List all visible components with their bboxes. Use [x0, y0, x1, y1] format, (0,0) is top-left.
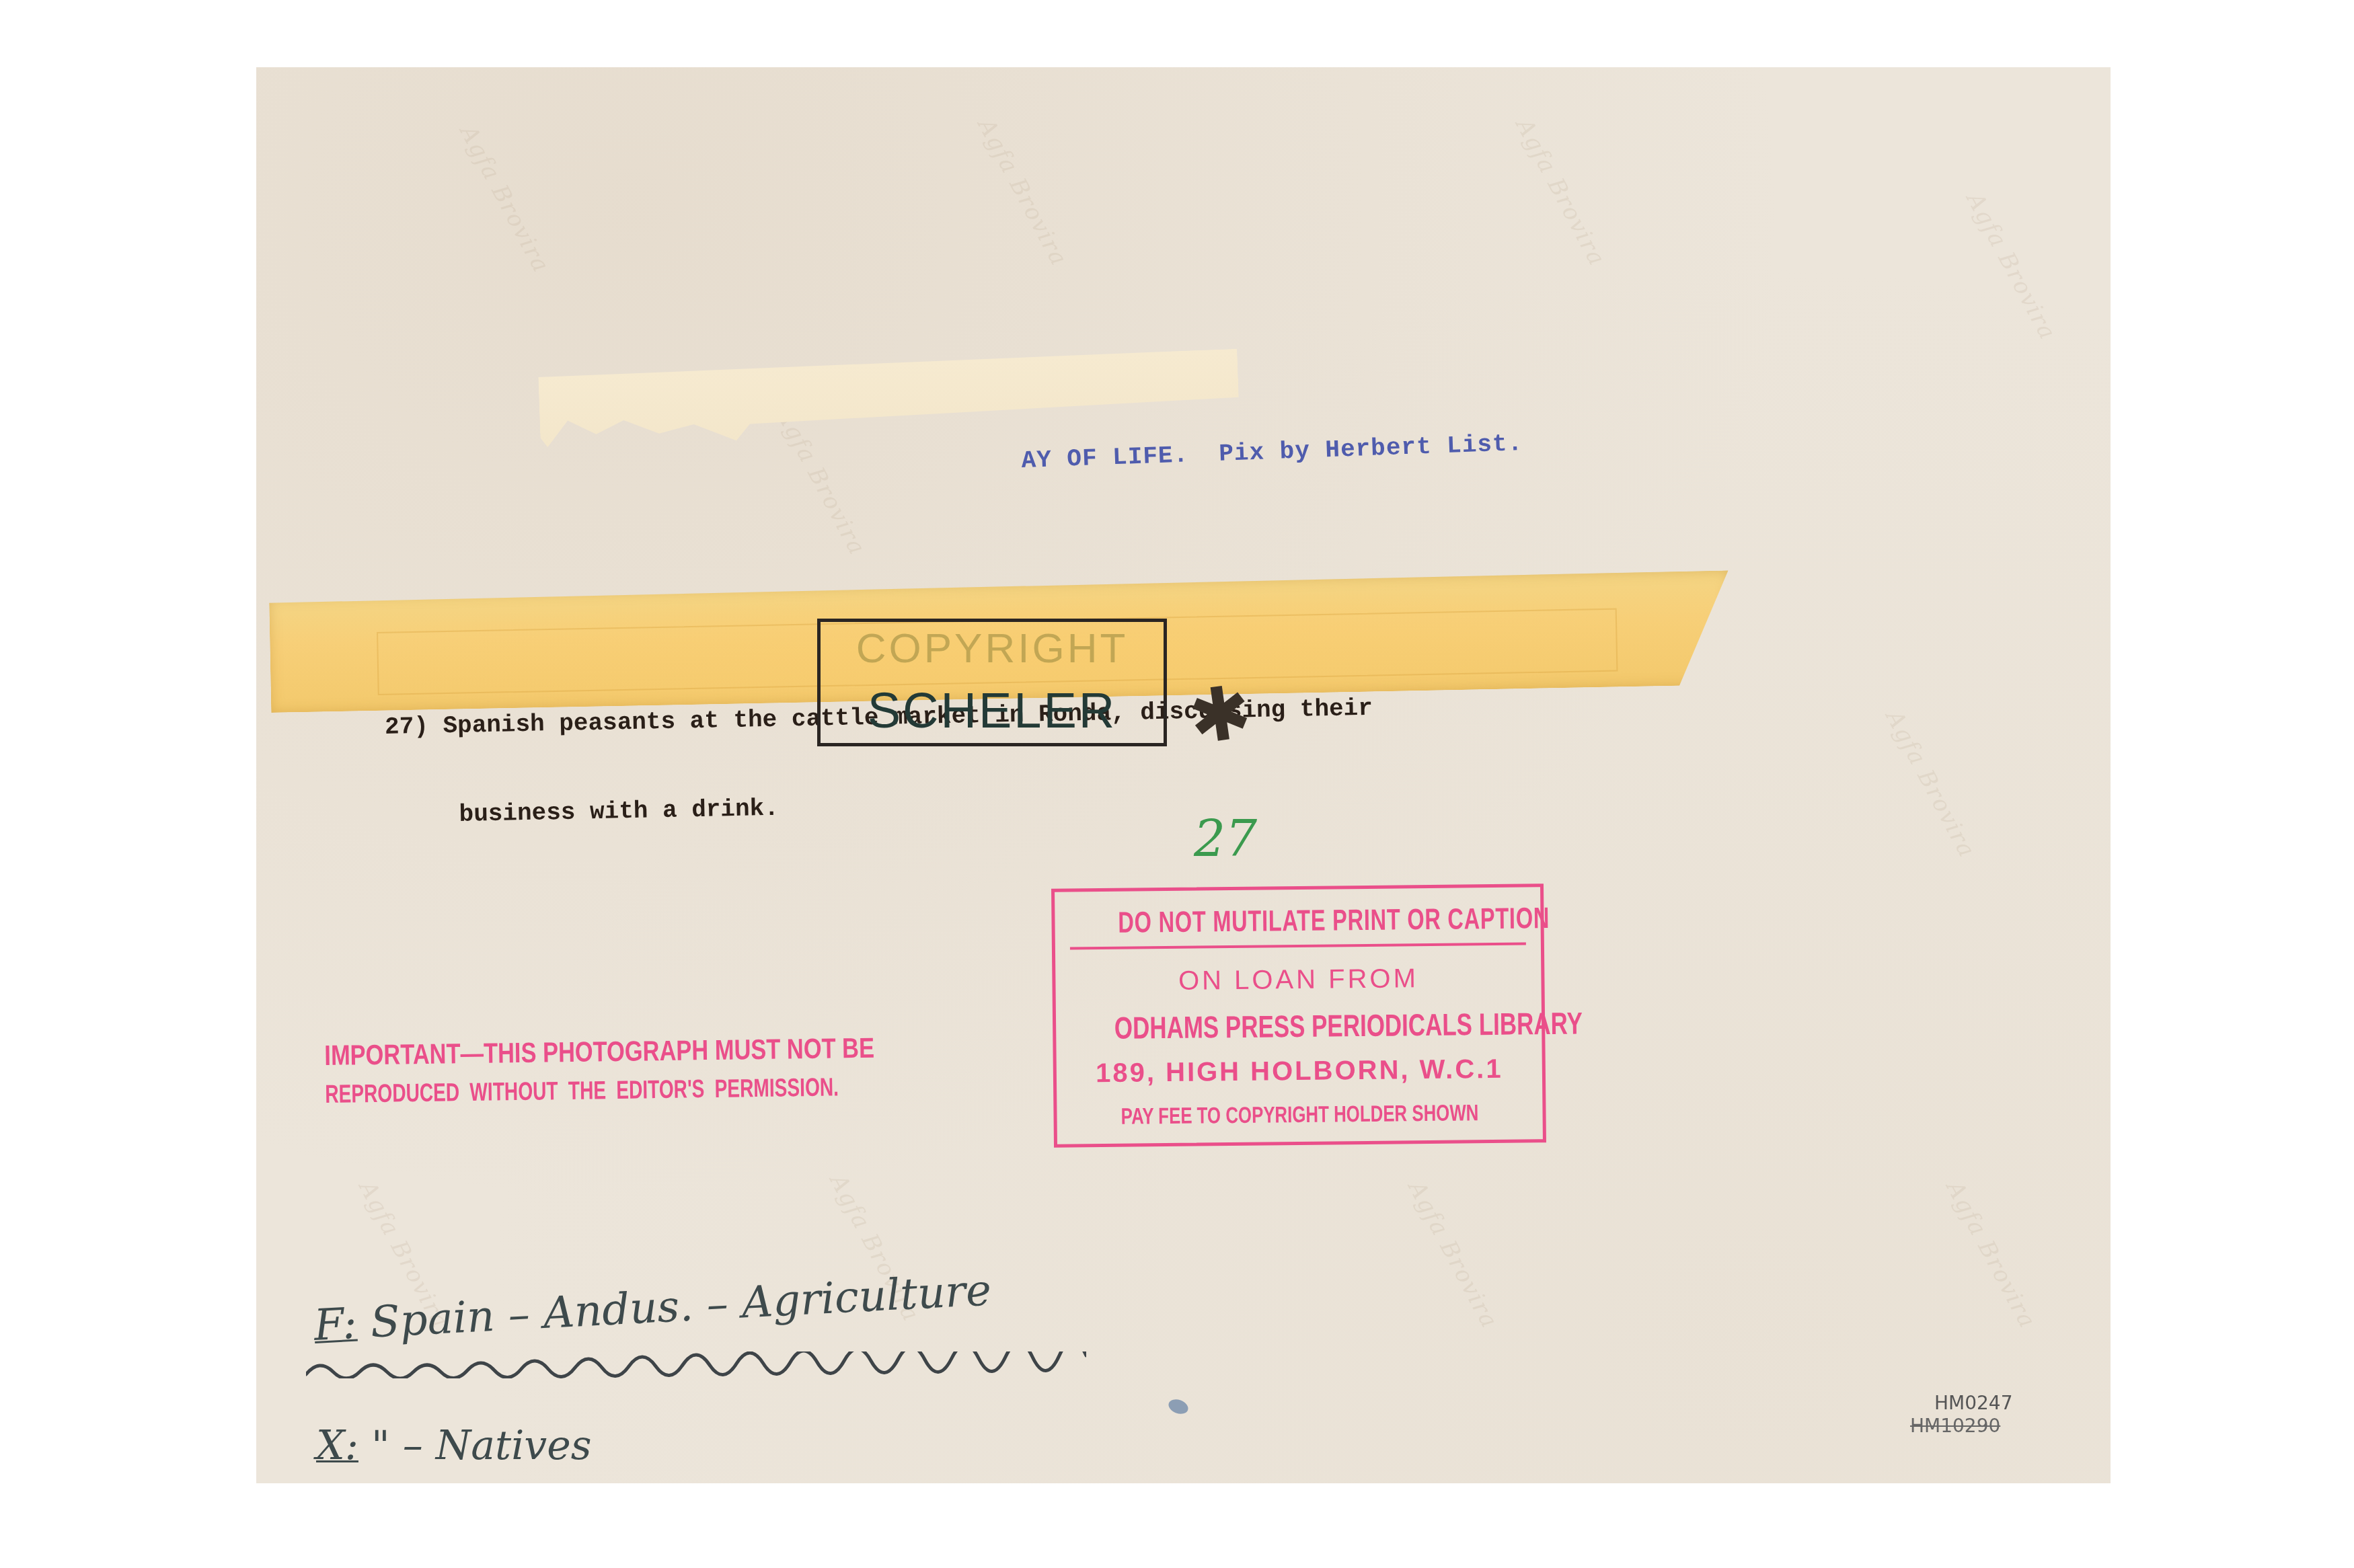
watermark: Agfa Brovira [973, 114, 1073, 271]
watermark: Agfa Brovira [771, 403, 871, 560]
catalog-number-current: HM0247 [1910, 1392, 2012, 1415]
green-pencil-number: 27 [1194, 810, 1257, 868]
catalog-numbers: HM0247 HM10290 [1910, 1392, 2012, 1438]
watermark: Agfa Brovira [1941, 1177, 2041, 1333]
asterisk-icon: ✱ [1184, 674, 1256, 756]
watermark: Agfa Brovira [1511, 114, 1611, 271]
watermark: Agfa Brovira [1403, 1177, 1503, 1333]
handwritten-natives-line: X: " – Natives [316, 1422, 592, 1469]
loan-stamp-on-loan: ON LOAN FROM [1055, 962, 1541, 998]
copyright-stamp: COPYRIGHT SCHELER [817, 619, 1167, 746]
loan-stamp: DO NOT MUTILATE PRINT OR CAPTION ON LOAN… [1051, 884, 1546, 1148]
loan-stamp-fee: PAY FEE TO COPYRIGHT HOLDER SHOWN [1115, 1100, 1484, 1130]
watermark: Agfa Brovira [1881, 706, 1981, 863]
loan-stamp-library: ODHAMS PRESS PERIODICALS LIBRARY [1114, 1006, 1484, 1046]
copyright-holder: SCHELER [821, 682, 1164, 739]
loan-stamp-rule [1070, 942, 1526, 949]
handwritten-natives-text: " – Natives [358, 1422, 592, 1469]
important-stamp: IMPORTANT—THIS PHOTOGRAPH MUST NOT BE RE… [324, 1026, 1020, 1113]
loan-stamp-warning: DO NOT MUTILATE PRINT OR CAPTION [1118, 902, 1478, 940]
loan-stamp-address: 189, HIGH HOLBORN, W.C.1 [1057, 1054, 1542, 1089]
handwritten-label-f: F: [313, 1299, 358, 1351]
handwritten-label-x: X: [316, 1422, 358, 1469]
important-stamp-line-2: REPRODUCED WITHOUT THE EDITOR'S PERMISSI… [325, 1068, 839, 1113]
watermark: Agfa Brovira [455, 121, 555, 278]
catalog-number-old: HM10290 [1910, 1415, 2012, 1438]
copyright-stamp-label: COPYRIGHT [821, 625, 1164, 672]
watermark: Agfa Brovira [1961, 188, 2061, 345]
wavy-strikethrough [306, 1351, 1086, 1378]
